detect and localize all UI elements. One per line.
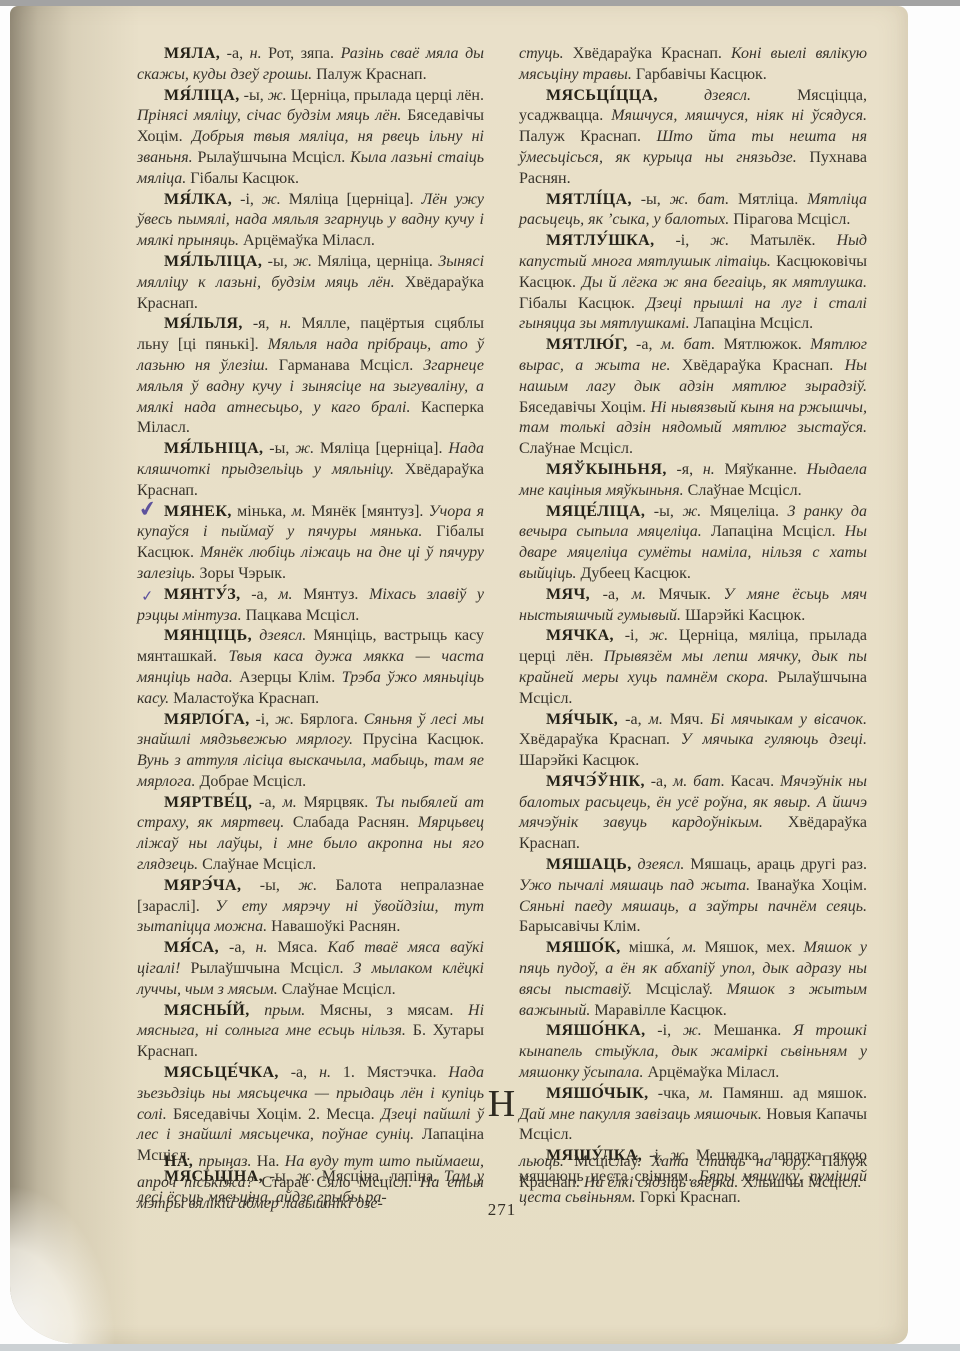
roman-text: Мяса. [267,939,327,956]
roman-text: Слаўнае Мсцісл. [519,440,633,457]
dictionary-entry: МЯ́ЛЬЛЯ, -я, н. Мялле, пацёртыя сцяблы л… [137,314,484,439]
dictionary-entry: МЯ́ЛЬЛІЦА, -ы, ж. Мяліца, церніца. Зыняс… [137,252,484,314]
roman-text: -а, [220,45,249,62]
italic-text: Ужо пычалі мяшаць пад жыта. [519,877,750,894]
roman-text: -я, [243,315,280,332]
roman-text: Хвёдараўка Краснап. [564,45,731,62]
roman-text: Зоры Чэрык. [195,565,286,582]
roman-text: Добрае Мсцісл. [195,773,306,790]
roman-text: Касач. [725,773,780,790]
roman-text: На. [252,1153,285,1170]
roman-text: Гарманава Мсцісл. [269,357,424,374]
headword: МЯ́ЛЬЛЯ, [164,315,243,332]
roman-text: Арцёмаўка Міласл. [643,1064,779,1081]
page-gutter-shadow [10,6,145,1344]
headword: МЯНТУ́З, [164,586,241,603]
dictionary-entry: МЯНЦІЦЬ, дзеясл. Мянціць, вастрыць касу … [137,626,484,709]
italic-text: м. [278,586,292,603]
roman-text: Старае Сяло Мсцісл. [254,1174,420,1191]
roman-text: Маластоўка Краснап. [169,690,319,707]
headword: МЯ́СА, [164,939,219,956]
roman-text: Хвёдараўка Краснап. [670,357,844,374]
roman-text: Дубеец Касцюк. [577,565,691,582]
headword: МЯРТВЕ́Ц, [164,794,252,811]
headword: МЯШО́К, [546,939,621,956]
italic-text: дзеясл. [637,856,684,873]
italic-text: н. [250,45,262,62]
roman-text: -ы, [645,503,682,520]
roman-text: Мсціслаў. [632,981,726,998]
dictionary-entry: МЯЛА, -а, н. Рот, зяпа. Разінь сваё мяла… [137,44,484,86]
italic-text: м. [283,794,297,811]
dictionary-entry: МЯ́ЛЬНІЦА, -ы, ж. Мяліца [церніца]. Нада… [137,439,484,501]
italic-text: н. [280,315,292,332]
roman-text: Бярлога. [294,711,364,728]
dictionary-column-left: МЯЛА, -а, н. Рот, зяпа. Разінь сваё мяла… [137,44,484,1209]
roman-text: Мянёк [мянтуз]. [306,503,429,520]
headword: МЯЧ, [546,586,590,603]
roman-text: Мясны, з мясам. [305,1002,468,1019]
headword: НА, [164,1153,193,1170]
italic-text: м. [682,939,696,956]
roman-text: Рылаўшчына Мсцісл. [193,149,350,166]
dictionary-entry: МЯРТВЕ́Ц, -а, м. Мярцвяк. Ты пыбялей ат … [137,793,484,876]
pen-check-mark: ✔ [137,497,158,521]
roman-text: Мяч. [663,711,711,728]
italic-text: ж. [682,503,701,520]
page-number: 271 [137,1200,867,1220]
italic-text: дзеясл. [704,87,751,104]
roman-text: Слаўнае Мсцісл. [684,482,802,499]
headword: МЯРЭ́ЧА, [164,877,241,894]
roman-text: Гібалы Касцюк. [186,170,299,187]
italic-text: дзеясл. [259,627,306,644]
headword: МЯЛА, [164,45,220,62]
roman-text: -а, [219,939,256,956]
roman-text: Мярцвяк. [297,794,375,811]
headword: МЯСЬЦІ́ЦЦА, [546,87,658,104]
italic-text: ж. бат. [670,191,730,208]
dictionary-entry: МЯСЬЦІ́ЦЦА, дзеясл. Мясціцца, усаджвацца… [519,86,867,190]
roman-text: Церніца, прылада церці лён. [287,87,484,104]
roman-text: -а, [645,773,673,790]
italic-text: ж. [649,627,668,644]
roman-text: -а, [590,586,632,603]
roman-text: -а, [279,1064,319,1081]
roman-text: Мяшок, мех. [697,939,804,956]
section-letter-heading: Н [137,1082,867,1126]
scan-edge-bottom [0,1344,960,1351]
italic-text: У мячыка гуляюць дзеці. [681,731,867,748]
italic-text: м. [632,586,646,603]
roman-text: Слаўнае Мсцісл. [198,856,316,873]
headword: МЯ́ЛЬНІЦА, [164,440,263,457]
roman-text: Рылаўшчына Мсцісл. [180,960,353,977]
roman-text: Лапаціна Мсцісл. [690,315,814,332]
dictionary-entry: МЯЧКА, -і, ж. Церніца, мяліца, прылада ц… [519,626,867,709]
roman-text: Пірагова Мсцісл. [729,211,850,228]
dictionary-entry: МЯРЭ́ЧА, -ы, ж. Балота непралазнае [зара… [137,876,484,938]
dictionary-entry: МЯЦЕ́ЛІЦА, -ы, ж. Мяцеліца. З ранку да в… [519,502,867,585]
roman-text: Прусіна Касцюк. [353,731,484,748]
italic-text: ж. [298,877,317,894]
italic-text: ж. [293,253,312,270]
italic-text: н. [255,939,267,956]
roman-text: -ы, [263,440,295,457]
roman-text: Хвёдараўка Краснап. [519,731,681,748]
italic-text: Хата стаіць на юру. [651,1153,811,1170]
italic-text: ж. [295,440,314,457]
italic-text: м. бат. [673,773,725,790]
roman-text: Мяцеліца. [701,503,787,520]
italic-text: м. [292,503,306,520]
italic-text: льюць. [519,1153,564,1170]
dictionary-entry: МЯЧ, -а, м. Мячык. У мяне ёсьць мяч ныст… [519,585,867,627]
italic-text: н. [319,1064,331,1081]
italic-text: ж. [275,711,294,728]
italic-text: ж. [268,87,287,104]
italic-text: н. [703,461,715,478]
roman-text: Арцёмаўка Міласл. [239,232,375,249]
roman-text: мінька, [232,503,292,520]
dictionary-entry: МЯТЛЮ́Г, -а, м. бат. Мятлюжок. Мятлюг вы… [519,335,867,460]
roman-text: Шарэйкі Касцюк. [519,752,639,769]
italic-text: Ды й лёгка ж яна бегаіць, як мятлушка. [582,274,867,291]
roman-text: Матылёк. [729,232,836,249]
roman-text: Палуж Краснап. [312,66,427,83]
roman-text: Рот, зяпа. [262,45,341,62]
roman-text: Мсціслаў. [564,1153,651,1170]
roman-text: Мяліца, церніца. [312,253,438,270]
roman-text: Мячык. [646,586,724,603]
dictionary-entry: МЯШАЦЬ, дзеясл. Мяшаць, араць другі раз.… [519,855,867,938]
roman-text: Слаўнае Мсцісл. [278,981,396,998]
italic-text: м. [649,711,663,728]
headword: МЯ́ЛКА, [164,191,232,208]
headword: МЯ́ЛІЦА, [164,87,240,104]
headword: МЯЦЕ́ЛІЦА, [546,503,645,520]
headword: МЯНЦІЦЬ, [164,627,252,644]
dictionary-column-bottom-right: льюць. Мсціслаў. Хата стаіць на юру. Пал… [519,1152,867,1194]
italic-text: Бі мячыкам у вісачок. [711,711,867,728]
dictionary-entry: МЯЧЭ́ЎНІК, -а, м. бат. Касач. Мячэўнік н… [519,772,867,855]
roman-text: -і, [614,627,649,644]
headword: МЯСЬЦЕ́ЧКА, [164,1064,279,1081]
roman-text: Гібалы Касцюк. [519,295,646,312]
dictionary-entry: МЯШО́К, мішка́, м. Мяшок, мех. Мяшок у п… [519,938,867,1021]
dictionary-entry: МЯШО́НКА, -і, ж. Мешанка. Я трошкі кынап… [519,1021,867,1083]
roman-text: Мяўканне. [715,461,807,478]
roman-text: -а, [252,794,282,811]
roman-text: Мяліца [церніца]. [281,191,422,208]
roman-text: -і, [250,711,276,728]
roman-text: Мятліца. [729,191,807,208]
italic-text: Вунь з аттуля лісіца выскачыла, мабыць, … [137,752,484,790]
headword: МЯСНЫ́Й, [164,1002,250,1019]
headword: МЯТЛІ́ЦА, [546,191,632,208]
italic-text: Мяшчуся, мяшчуся, ніяк ні ўсядуся. [611,107,867,124]
roman-text: Лапаціна Мсцісл. [702,523,845,540]
roman-text: Мяшаць, араць другі раз. [684,856,867,873]
roman-text: -і, [645,1022,682,1039]
roman-text: -ы, [240,87,268,104]
roman-text: Пацкава Мсцісл. [242,607,360,624]
dictionary-entry: МЯ́ЧЫК, -а, м. Мяч. Бі мячыкам у вісачок… [519,710,867,772]
roman-text: Бяседавічы Хоцім. [519,399,650,416]
roman-text: -а, [628,336,661,353]
headword: МЯНЕК, [164,503,232,520]
dictionary-entry: МЯТЛУ́ШКА, -і, ж. Матылёк. Ныд капустый … [519,231,867,335]
headword: МЯ́ЧЫК, [546,711,618,728]
headword: МЯШО́НКА, [546,1022,645,1039]
roman-text: Хлышчы Мсцісл. [738,1174,861,1191]
italic-text: ж. [710,232,729,249]
italic-text: прыназ. [198,1153,251,1170]
italic-text: стуць. [519,45,564,62]
roman-text: -а, [618,711,648,728]
headword: МЯЎКЫНЬНЯ, [546,461,667,478]
roman-text [250,1002,265,1019]
headword: МЯЧЭ́ЎНІК, [546,773,645,790]
roman-text: Маравілле Касцюк. [590,1002,726,1019]
roman-text: Палуж Краснап. [519,128,656,145]
headword: МЯТЛЮ́Г, [546,336,628,353]
italic-text: м. бат. [661,336,715,353]
roman-text: Мятлюжок. [715,336,810,353]
italic-text: ж. [683,1022,702,1039]
dictionary-entry: ✓МЯНТУ́З, -а, м. Мянтуз. Міхась злавіў у… [137,585,484,627]
italic-text: На ёлкі сядзіць вяёрка. [584,1174,739,1191]
dictionary-entry: МЯ́ЛІЦА, -ы, ж. Церніца, прылада церці л… [137,86,484,190]
book-page: МЯЛА, -а, н. Рот, зяпа. Разінь сваё мяла… [10,6,908,1344]
roman-text: Мяліца [церніца]. [314,440,448,457]
roman-text: -я, [667,461,703,478]
roman-text: Слабада Раснян. [284,814,418,831]
roman-text: мішка́, [621,939,683,956]
dictionary-entry: льюць. Мсціслаў. Хата стаіць на юру. Пал… [519,1152,867,1194]
roman-text: Мешанка. [702,1022,793,1039]
italic-text: прым. [264,1002,305,1019]
dictionary-entry: МЯ́СА, -а, н. Мяса. Каб тваё мяса ваўкі … [137,938,484,1000]
scanner-background: МЯЛА, -а, н. Рот, зяпа. Разінь сваё мяла… [0,0,960,1351]
roman-text: Азерцы Клім. [233,669,342,686]
dictionary-entry: МЯЎКЫНЬНЯ, -я, н. Мяўканне. Ныдаела мне … [519,460,867,502]
roman-text: Барысавічы Клім. [519,918,640,935]
italic-text: ж. [262,191,281,208]
headword: МЯРЛО́ГА, [164,711,250,728]
roman-text: Навашоўкі Раснян. [267,918,400,935]
roman-text: Гарбавічы Касцюк. [632,66,767,83]
dictionary-entry: ✔МЯНЕК, мінька, м. Мянёк [мянтуз]. Учора… [137,502,484,585]
dictionary-entry: МЯ́ЛКА, -і, ж. Мяліца [церніца]. Лён ужу… [137,190,484,252]
italic-text: Прінясі мяліцу, січас будзім мяць лён. [137,107,401,124]
roman-text: -і, [232,191,262,208]
headword: МЯШАЦЬ, [546,856,632,873]
dictionary-entry: МЯСНЫ́Й, прым. Мясны, з мясам. Ні мясныг… [137,1001,484,1063]
pen-check-mark: ✓ [140,585,154,607]
roman-text: -а, [241,586,279,603]
headword: МЯ́ЛЬЛІЦА, [164,253,262,270]
roman-text: -і, [655,232,711,249]
dictionary-entry: МЯРЛО́ГА, -і, ж. Бярлога. Сяньня ў лесі … [137,710,484,793]
dictionary-column-right: стуць. Хвёдараўка Краснап. Коні выелі вя… [519,44,867,1209]
dictionary-entry: МЯТЛІ́ЦА, -ы, ж. бат. Мятліца. Мятліца р… [519,190,867,232]
headword: МЯТЛУ́ШКА, [546,232,655,249]
roman-text: -ы, [632,191,670,208]
roman-text: -ы, [241,877,298,894]
roman-text: Мянтуз. [293,586,370,603]
roman-text: Іванаўка Хоцім. [750,877,867,894]
roman-text [658,87,704,104]
roman-text: 1. Мястэчка. [331,1064,448,1081]
dictionary-entry: стуць. Хвёдараўка Краснап. Коні выелі вя… [519,44,867,86]
roman-text: -ы, [262,253,293,270]
roman-text: Шарэйкі Касцюк. [681,607,805,624]
headword: МЯЧКА, [546,627,614,644]
italic-text: Сяньні паеду мяшаць, а заўтры пачнём сея… [519,898,867,915]
